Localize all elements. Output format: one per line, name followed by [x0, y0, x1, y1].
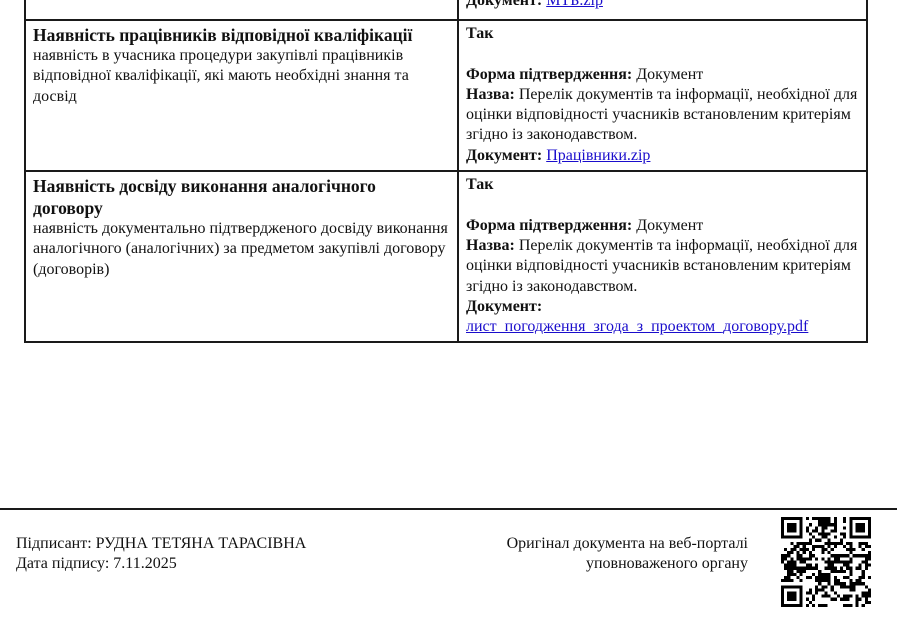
sign-date-line: Дата підпису: 7.11.2025	[16, 554, 306, 574]
name-label: Назва:	[466, 86, 515, 103]
form-value: Документ	[636, 66, 703, 83]
document-line: Документ: Працівники.zip	[466, 146, 859, 166]
signer-label: Підписант:	[16, 535, 92, 552]
criterion-title: Наявність працівників відповідної кваліф…	[33, 24, 450, 46]
form-label: Форма підтвердження:	[466, 66, 632, 83]
table-row: Наявність працівників відповідної кваліф…	[25, 20, 867, 171]
document-label: Документ:	[466, 298, 542, 315]
table-row: Наявність досвіду виконання аналогічного…	[25, 171, 867, 342]
form-line: Форма підтвердження: Документ	[466, 65, 859, 85]
signer-block: Підписант: РУДНА ТЕТЯНА ТАРАСІВНА Дата п…	[16, 534, 306, 574]
name-line: Назва: Перелік документів та інформації,…	[466, 236, 859, 297]
form-line: Форма підтвердження: Документ	[466, 216, 859, 236]
origin-line-1: Оригінал документа на веб-порталі	[507, 534, 748, 554]
criterion-cell: Наявність працівників відповідної кваліф…	[25, 20, 458, 171]
response-cell: Так Форма підтвердження: Документ Назва:…	[458, 171, 867, 342]
response-cell: Документ: МТБ.zip	[458, 0, 867, 20]
response-cell: Так Форма підтвердження: Документ Назва:…	[458, 20, 867, 171]
criteria-table: Документ: МТБ.zip Наявність працівників …	[24, 0, 868, 343]
criterion-description: наявність в учасника процедури закупівлі…	[33, 46, 450, 107]
document-link-staff[interactable]: Працівники.zip	[546, 147, 650, 164]
answer-value: Так	[466, 175, 859, 195]
origin-line-2: уповноваженого органу	[507, 554, 748, 574]
form-label: Форма підтвердження:	[466, 217, 632, 234]
sign-date-value: 7.11.2025	[113, 555, 176, 572]
document-line: Документ:	[466, 297, 859, 317]
answer-value: Так	[466, 24, 859, 44]
name-line: Назва: Перелік документів та інформації,…	[466, 85, 859, 146]
form-value: Документ	[636, 217, 703, 234]
name-value: Перелік документів та інформації, необхі…	[466, 86, 857, 144]
document-link-mtb[interactable]: МТБ.zip	[546, 0, 603, 9]
signer-line: Підписант: РУДНА ТЕТЯНА ТАРАСІВНА	[16, 534, 306, 554]
footer-divider	[0, 508, 897, 510]
qr-code-icon	[781, 517, 871, 607]
criterion-cell: Наявність досвіду виконання аналогічного…	[25, 171, 458, 342]
criterion-cell	[25, 0, 458, 20]
document-line: Документ: МТБ.zip	[466, 0, 859, 11]
document-link-contract[interactable]: лист_погодження_згода_з_проектом_договор…	[466, 318, 808, 335]
name-label: Назва:	[466, 237, 515, 254]
table-row: Документ: МТБ.zip	[25, 0, 867, 20]
criterion-title: Наявність досвіду виконання аналогічного…	[33, 175, 450, 219]
document-label: Документ:	[466, 0, 542, 9]
origin-note: Оригінал документа на веб-порталі уповно…	[507, 534, 748, 574]
signer-name: РУДНА ТЕТЯНА ТАРАСІВНА	[96, 535, 307, 552]
document-label: Документ:	[466, 147, 542, 164]
sign-date-label: Дата підпису:	[16, 555, 109, 572]
criterion-description: наявність документально підтвердженого д…	[33, 219, 450, 280]
name-value: Перелік документів та інформації, необхі…	[466, 237, 857, 295]
